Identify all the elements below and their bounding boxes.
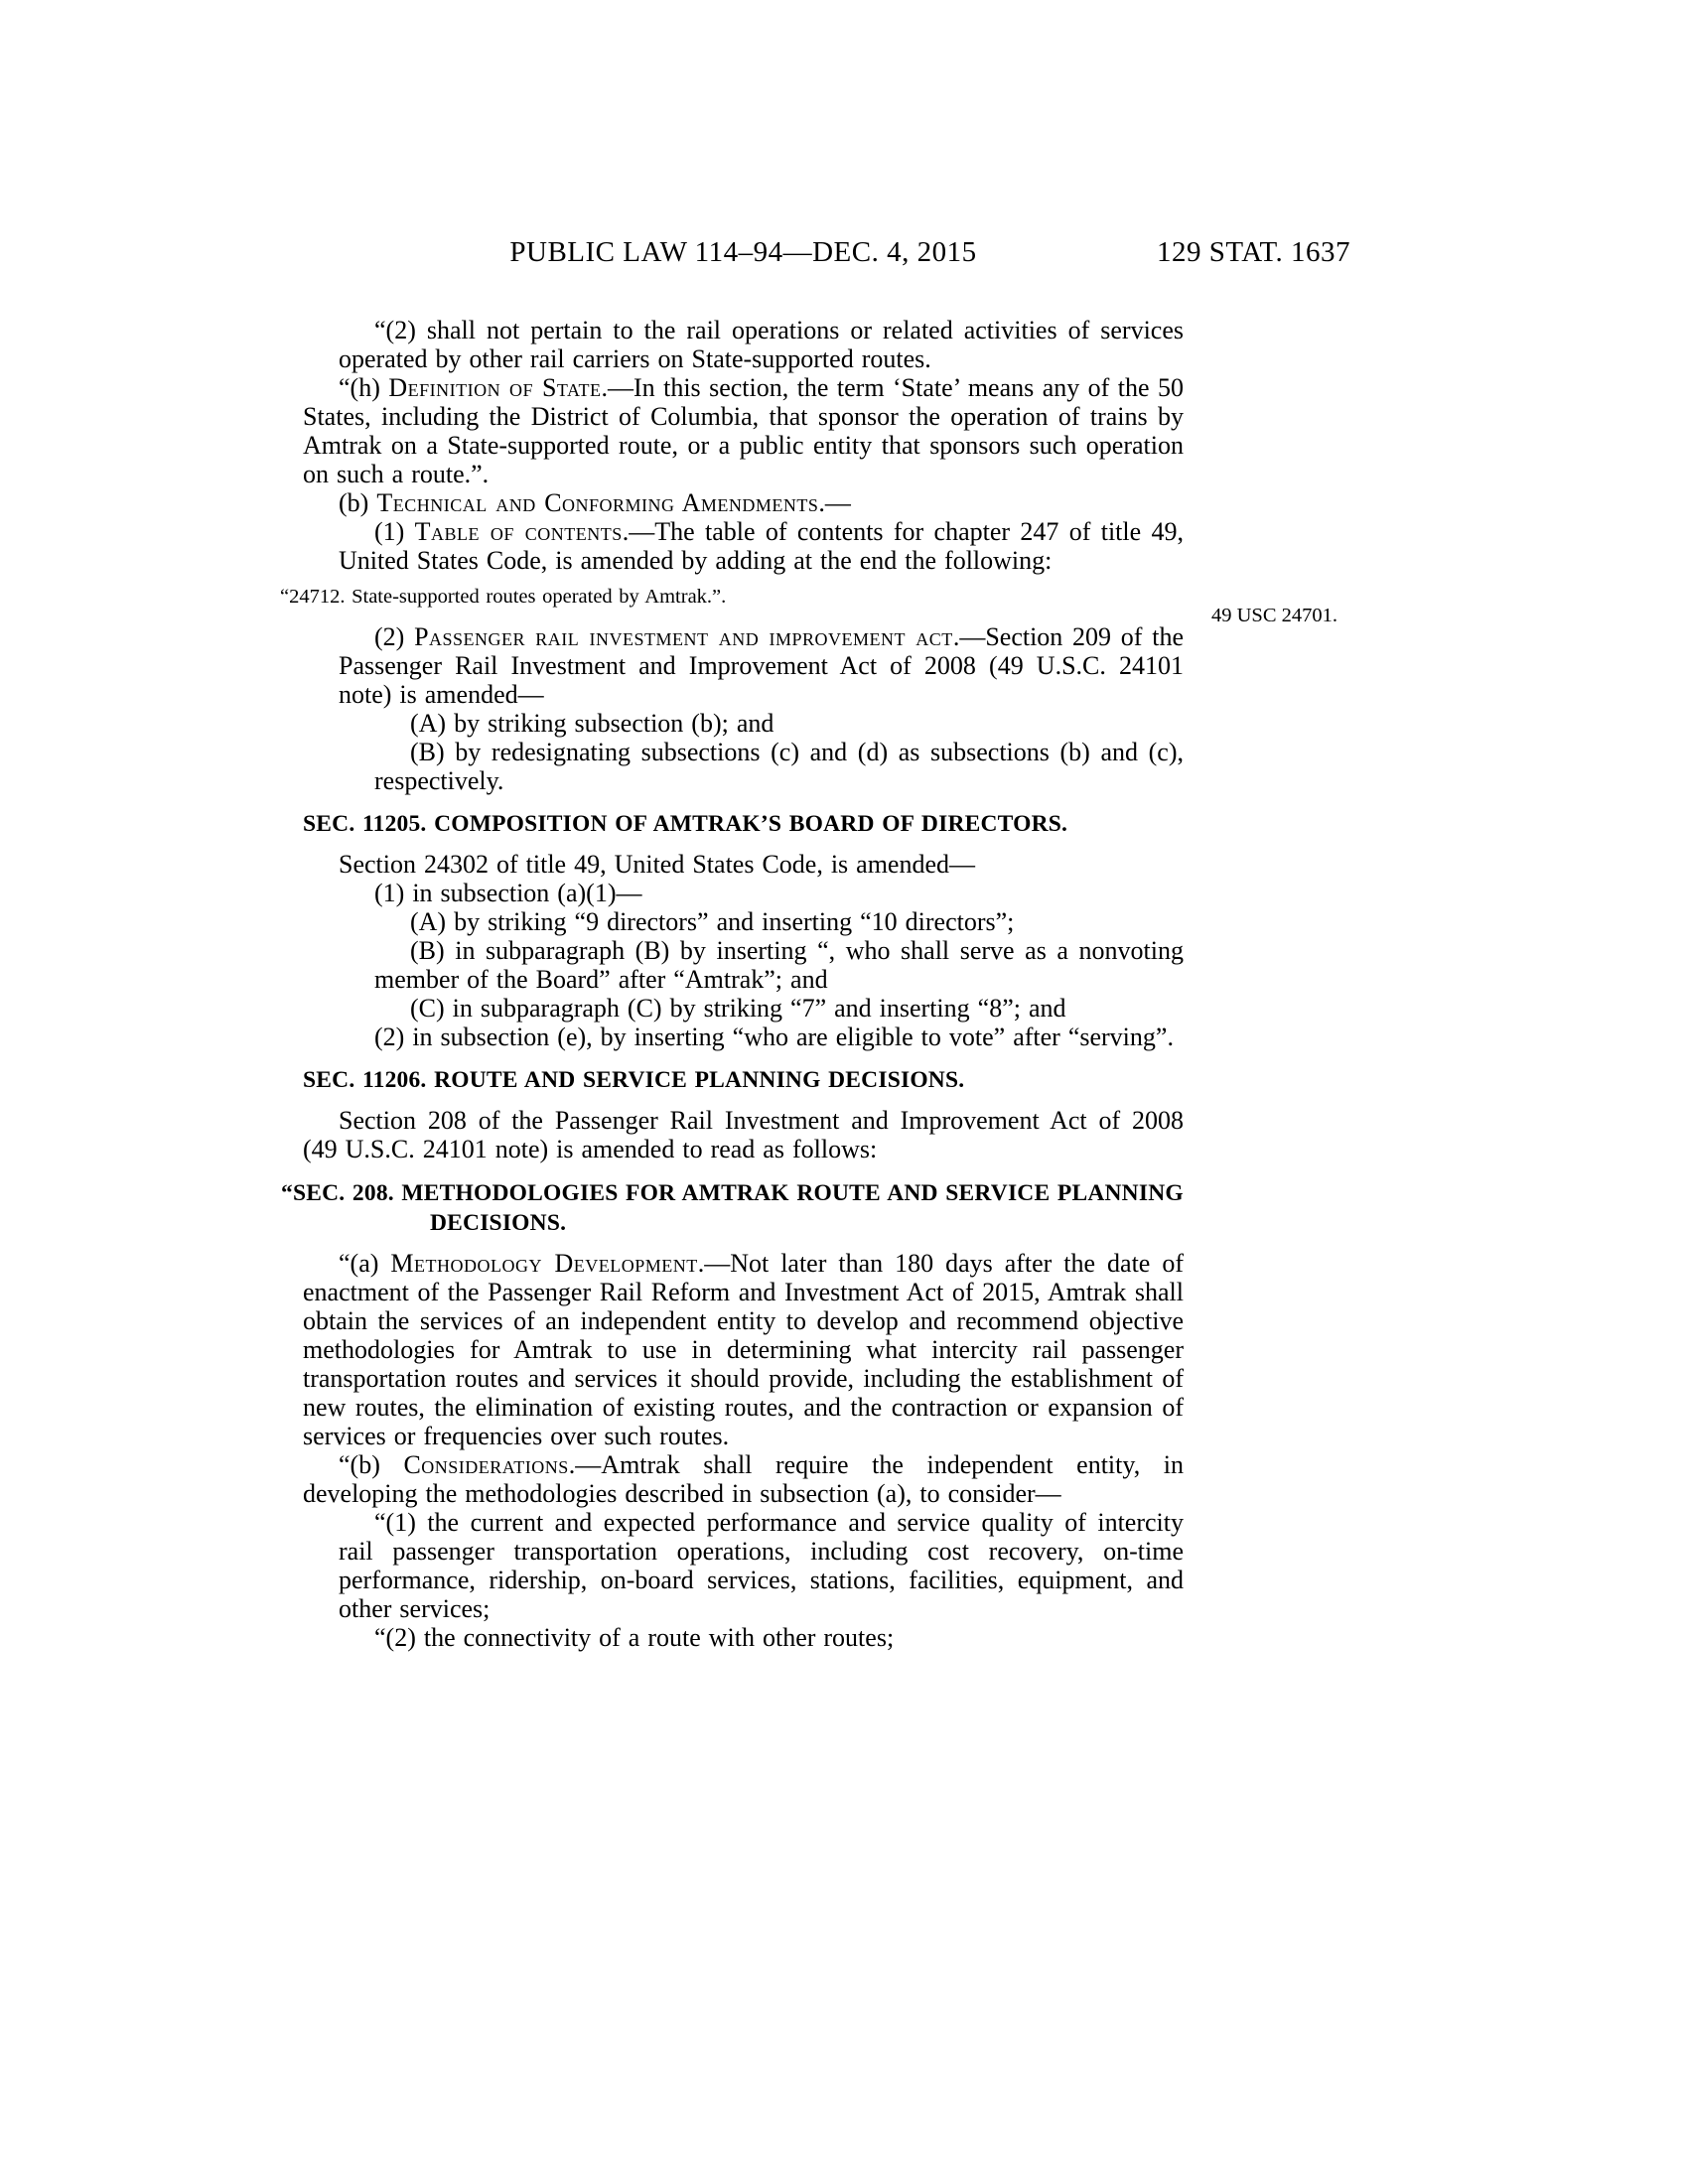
text-run: “(a) <box>339 1249 390 1278</box>
statute-paragraph: (A) by striking “9 directors” and insert… <box>303 907 1184 936</box>
statute-paragraph: “(2) the connectivity of a route with ot… <box>303 1623 1184 1652</box>
statute-paragraph: (A) by striking subsection (b); and <box>303 709 1184 738</box>
text-run: (b) <box>339 488 376 517</box>
statute-paragraph: “(1) the current and expected performanc… <box>303 1508 1184 1623</box>
statute-paragraph: (1) in subsection (a)(1)— <box>303 879 1184 907</box>
text-run: (B) in subparagraph (B) by inserting “, … <box>374 936 1184 994</box>
stat-citation: 129 STAT. 1637 <box>1157 236 1385 269</box>
statute-paragraph: (B) by redesignating subsections (c) and… <box>303 738 1184 795</box>
statute-paragraph: (B) in subparagraph (B) by inserting “, … <box>303 936 1184 994</box>
text-run: (C) in subparagraph (C) by striking “7” … <box>410 994 1066 1023</box>
statute-paragraph: “(b) Considerations.—Amtrak shall requir… <box>303 1450 1184 1508</box>
text-run: (2) in subsection (e), by inserting “who… <box>374 1023 1174 1051</box>
statute-paragraph: “(2) shall not pertain to the rail opera… <box>303 316 1184 373</box>
text-run: (1) <box>374 517 415 546</box>
text-run: “(b) <box>339 1450 403 1479</box>
statute-paragraph: (C) in subparagraph (C) by striking “7” … <box>303 994 1184 1023</box>
statute-paragraph: “(a) Methodology Development.—Not later … <box>303 1249 1184 1450</box>
section-heading: SEC. 11205. COMPOSITION OF AMTRAK’S BOAR… <box>303 810 1184 839</box>
small-caps-run: Passenger rail investment and improvemen… <box>414 622 953 651</box>
text-run: .— <box>818 488 851 517</box>
text-run: “(2) the connectivity of a route with ot… <box>374 1623 894 1652</box>
text-run: (2) <box>374 622 414 651</box>
text-run: Section 208 of the Passenger Rail Invest… <box>303 1106 1184 1163</box>
text-run: (B) by redesignating subsections (c) and… <box>374 738 1184 795</box>
statute-paragraph: (1) Table of contents.—The table of cont… <box>303 517 1184 575</box>
toc-entry: “24712. State-supported routes operated … <box>280 585 1184 609</box>
page-header-law-title: PUBLIC LAW 114–94—DEC. 4, 2015 <box>303 236 1184 269</box>
text-run: SEC. 11206. ROUTE AND SERVICE PLANNING D… <box>303 1067 964 1093</box>
text-run: “(2) shall not pertain to the rail opera… <box>339 316 1184 373</box>
margin-note-usc-citation: 49 USC 24701. <box>1211 604 1440 627</box>
statute-paragraph: (2) in subsection (e), by inserting “who… <box>303 1023 1184 1051</box>
statute-paragraph: Section 24302 of title 49, United States… <box>303 850 1184 879</box>
text-run: “24712. State-supported routes operated … <box>280 586 726 608</box>
small-caps-run: Technical and Conforming Amendments <box>376 488 818 517</box>
statute-paragraph: Section 208 of the Passenger Rail Invest… <box>303 1106 1184 1163</box>
text-run: SEC. 11205. COMPOSITION OF AMTRAK’S BOAR… <box>303 811 1067 837</box>
text-run: “SEC. 208. METHODOLOGIES FOR AMTRAK ROUT… <box>281 1180 1184 1236</box>
text-column: “(2) shall not pertain to the rail opera… <box>303 316 1184 1652</box>
text-run: (A) by striking subsection (b); and <box>410 709 774 738</box>
text-run: .—Not later than 180 days after the date… <box>303 1249 1184 1450</box>
section-heading: SEC. 11206. ROUTE AND SERVICE PLANNING D… <box>303 1066 1184 1095</box>
small-caps-run: Table of contents <box>415 517 623 546</box>
text-run: (A) by striking “9 directors” and insert… <box>410 907 1014 936</box>
statute-paragraph: (b) Technical and Conforming Amendments.… <box>303 488 1184 517</box>
text-run: “(1) the current and expected performanc… <box>339 1508 1184 1623</box>
text-run: (1) in subsection (a)(1)— <box>374 879 641 907</box>
text-run: Section 24302 of title 49, United States… <box>339 850 975 879</box>
statute-page: PUBLIC LAW 114–94—DEC. 4, 2015 129 STAT.… <box>0 0 1688 2184</box>
statute-paragraph: (2) Passenger rail investment and improv… <box>303 622 1184 709</box>
statute-paragraph: “(h) Definition of State.—In this sectio… <box>303 373 1184 488</box>
small-caps-run: Definition of State <box>388 373 601 402</box>
quoted-section-heading: “SEC. 208. METHODOLOGIES FOR AMTRAK ROUT… <box>303 1178 1184 1238</box>
text-run: “(h) <box>339 373 388 402</box>
small-caps-run: Methodology Development <box>390 1249 697 1278</box>
small-caps-run: Considerations <box>403 1450 568 1479</box>
